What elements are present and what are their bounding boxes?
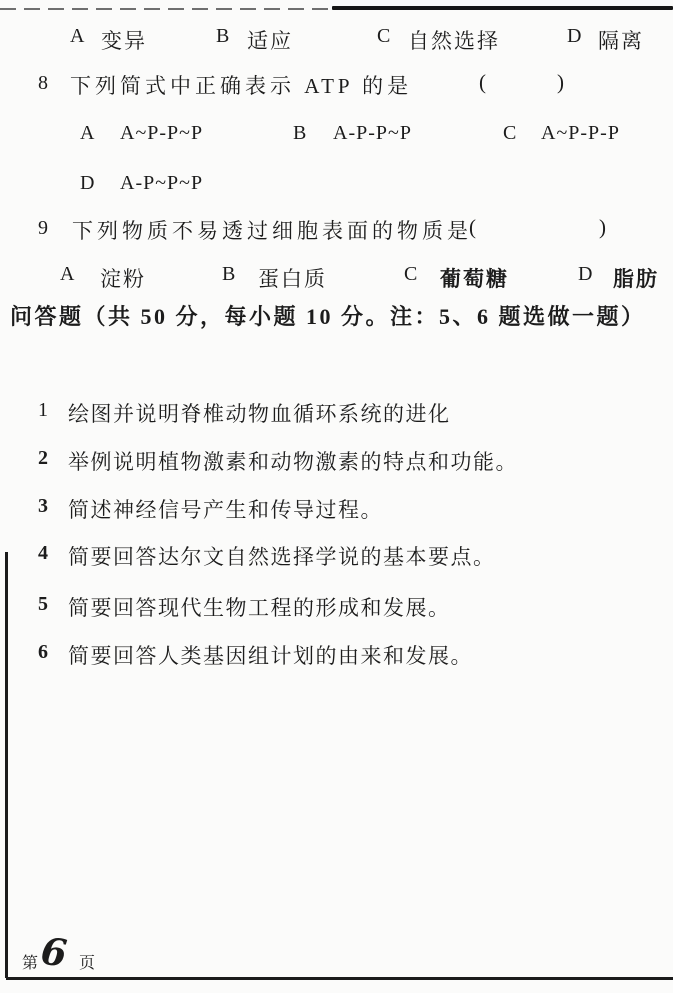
question-8-row: 8 下列简式中正确表示 ATP 的是 ( ) [0,70,673,100]
essay-section-header: 问答题（共 50 分，每小题 10 分。注：5、6 题选做一题） [10,300,646,331]
essay-question-1: 1 绘图并说明脊椎动物血循环系统的进化 [0,398,673,428]
essay-question-4: 4 简要回答达尔文自然选择学说的基本要点。 [0,541,673,571]
option-c-key: C [377,25,390,48]
essay-question-text: 举例说明植物激素和动物激素的特点和功能。 [68,446,518,476]
essay-section-header-row: 问答题（共 50 分，每小题 10 分。注：5、6 题选做一题） [0,300,673,330]
question-8-option-d-row: D A-P~P~P [0,172,673,202]
scan-top-border-right [332,6,673,10]
page-label-prefix: 第 [22,950,38,973]
option-a-text: 淀粉 [100,263,146,293]
question-8-answer-paren-close: ) [557,70,564,95]
option-c-text: 自然选择 [408,25,500,55]
question-9-number: 9 [38,217,48,240]
prev-question-options-row: A 变异 B 适应 C 自然选择 D 隔离 [0,25,673,55]
option-d-text: 脂肪 [613,263,659,293]
page-number-handwritten: 6 [39,929,69,975]
essay-question-number: 2 [38,447,48,470]
essay-question-2: 2 举例说明植物激素和动物激素的特点和功能。 [0,446,673,476]
option-a-text: 变异 [101,25,147,55]
question-8-answer-paren-open: ( [479,70,486,95]
option-d-key: D [80,172,94,195]
page-label-suffix: 页 [79,950,95,973]
essay-question-6: 6 简要回答人类基因组计划的由来和发展。 [0,640,673,670]
essay-question-5: 5 简要回答现代生物工程的形成和发展。 [0,592,673,622]
essay-question-text: 绘图并说明脊椎动物血循环系统的进化 [68,398,451,428]
question-8-stem: 下列简式中正确表示 ATP 的是 [70,70,412,100]
essay-question-number: 6 [38,641,48,664]
option-d-text: A-P~P~P [120,172,203,195]
option-b-key: B [216,25,229,48]
essay-question-3: 3 简述神经信号产生和传导过程。 [0,494,673,524]
option-b-text: 蛋白质 [258,263,327,293]
option-c-key: C [404,263,417,286]
option-d-text: 隔离 [598,25,644,55]
question-8-options-row: A A~P-P~P B A-P-P~P C A~P-P-P [0,122,673,152]
question-9-row: 9 下列物质不易透过细胞表面的物质是 ( ) [0,215,673,245]
option-b-key: B [222,263,235,286]
option-b-text: A-P-P~P [333,122,412,145]
essay-question-text: 简要回答现代生物工程的形成和发展。 [68,592,451,622]
page-footer: 第 6 页 [0,928,673,978]
scan-top-border-left [0,8,340,10]
option-a-key: A [60,263,74,286]
question-9-options-row: A 淀粉 B 蛋白质 C 葡萄糖 D 脂肪 [0,263,673,293]
question-9-answer-paren-open: ( [469,215,476,240]
essay-question-number: 1 [38,399,48,422]
option-c-key: C [503,122,516,145]
essay-question-text: 简要回答人类基因组计划的由来和发展。 [68,640,473,670]
option-b-key: B [293,122,306,145]
option-d-key: D [578,263,592,286]
option-a-key: A [70,25,84,48]
option-a-key: A [80,122,94,145]
essay-question-text: 简要回答达尔文自然选择学说的基本要点。 [68,541,496,571]
question-9-answer-paren-close: ) [599,215,606,240]
exam-page-scan: A 变异 B 适应 C 自然选择 D 隔离 8 下列简式中正确表示 ATP 的是… [0,0,673,993]
question-9-stem: 下列物质不易透过细胞表面的物质是 [72,215,472,245]
option-c-text: 葡萄糖 [440,263,509,293]
essay-question-number: 5 [38,593,48,616]
option-b-text: 适应 [247,25,293,55]
option-c-text: A~P-P-P [541,122,620,145]
essay-question-text: 简述神经信号产生和传导过程。 [68,494,383,524]
question-8-number: 8 [38,72,48,95]
option-d-key: D [567,25,581,48]
option-a-text: A~P-P~P [120,122,203,145]
essay-question-number: 3 [38,495,48,518]
essay-question-number: 4 [38,542,48,565]
